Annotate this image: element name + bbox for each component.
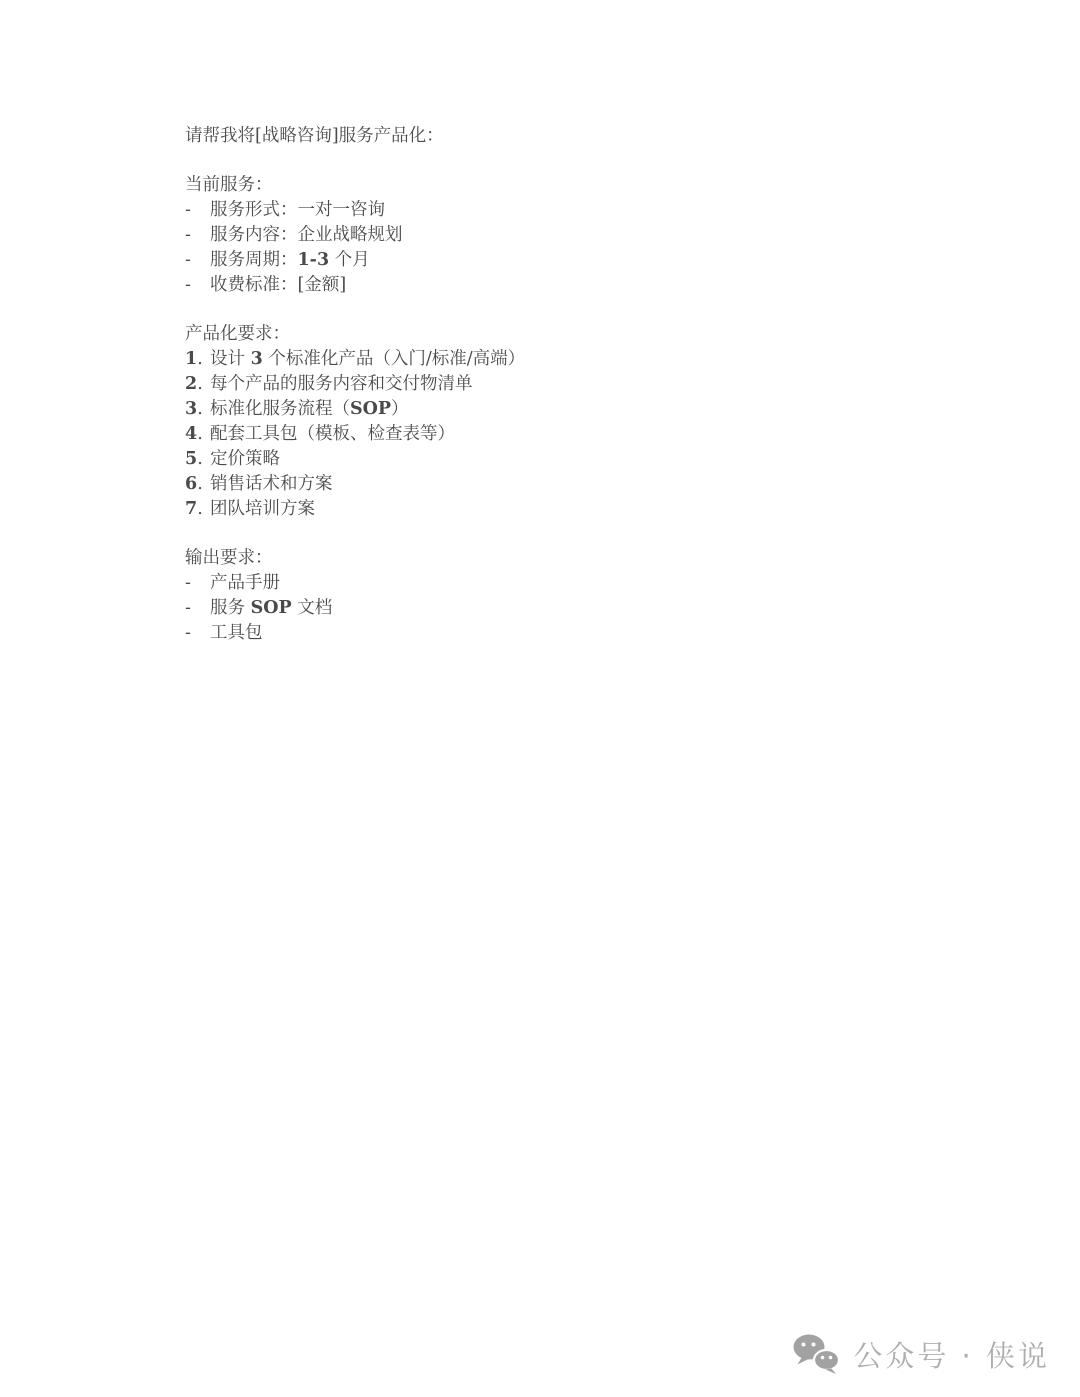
list-marker: 2. <box>185 372 210 397</box>
list-marker: 1. <box>185 347 210 372</box>
list-item: - 服务周期：1-3 个月 <box>185 248 785 273</box>
list-item-text: 服务内容：企业战略规划 <box>210 223 403 248</box>
list-item-text: 定价策略 <box>210 447 280 472</box>
list-item: - 收费标准：[金额] <box>185 273 785 298</box>
list-item-text: 工具包 <box>210 621 263 646</box>
list-marker: - <box>185 223 210 248</box>
section-heading: 产品化要求： <box>185 322 785 347</box>
list-marker: 5. <box>185 447 210 472</box>
list-item-text: 设计 3 个标准化产品（入门/标准/高端） <box>210 347 525 372</box>
list-marker: 7. <box>185 497 210 522</box>
list-marker: 3. <box>185 397 210 422</box>
list-marker: 4. <box>185 422 210 447</box>
section-output-requirements: 输出要求： - 产品手册 - 服务 SOP 文档 - 工具包 <box>185 546 785 646</box>
list-item-text: 服务周期：1-3 个月 <box>210 248 370 273</box>
list-item: 3. 标准化服务流程（SOP） <box>185 397 785 422</box>
list-item: - 工具包 <box>185 621 785 646</box>
list-marker: 6. <box>185 472 210 497</box>
list-marker: - <box>185 248 210 273</box>
intro-block: 请帮我将[战略咨询]服务产品化： <box>185 124 785 149</box>
list-item: - 产品手册 <box>185 571 785 596</box>
prompt-intro: 请帮我将[战略咨询]服务产品化： <box>185 124 785 149</box>
list-item: 4. 配套工具包（模板、检查表等） <box>185 422 785 447</box>
watermark: 公众号 · 侠说 <box>792 1333 1050 1375</box>
list-marker: - <box>185 273 210 298</box>
list-item-text: 团队培训方案 <box>210 497 315 522</box>
list-item: - 服务 SOP 文档 <box>185 596 785 621</box>
list-item: 2. 每个产品的服务内容和交付物清单 <box>185 372 785 397</box>
section-productization-requirements: 产品化要求： 1. 设计 3 个标准化产品（入门/标准/高端） 2. 每个产品的… <box>185 322 785 522</box>
watermark-text: 公众号 · 侠说 <box>853 1334 1050 1375</box>
list-item-text: 每个产品的服务内容和交付物清单 <box>210 372 473 397</box>
list-item-text: 配套工具包（模板、检查表等） <box>210 422 455 447</box>
document-page: 请帮我将[战略咨询]服务产品化： 当前服务： - 服务形式：一对一咨询 - 服务… <box>0 0 1080 1397</box>
list-marker: - <box>185 596 210 621</box>
section-current-service: 当前服务： - 服务形式：一对一咨询 - 服务内容：企业战略规划 - 服务周期：… <box>185 173 785 298</box>
list-item-text: 收费标准：[金额] <box>210 273 346 298</box>
list-item-text: 服务形式：一对一咨询 <box>210 198 385 223</box>
list-marker: - <box>185 198 210 223</box>
section-heading: 输出要求： <box>185 546 785 571</box>
list-item: - 服务内容：企业战略规划 <box>185 223 785 248</box>
list-item: 6. 销售话术和方案 <box>185 472 785 497</box>
list-item-text: 产品手册 <box>210 571 280 596</box>
list-marker: - <box>185 621 210 646</box>
list-item: 7. 团队培训方案 <box>185 497 785 522</box>
wechat-icon <box>792 1333 840 1375</box>
list-marker: - <box>185 571 210 596</box>
list-item: 5. 定价策略 <box>185 447 785 472</box>
section-heading: 当前服务： <box>185 173 785 198</box>
list-item-text: 标准化服务流程（SOP） <box>210 397 409 422</box>
prompt-text-block: 请帮我将[战略咨询]服务产品化： 当前服务： - 服务形式：一对一咨询 - 服务… <box>185 124 785 670</box>
list-item: - 服务形式：一对一咨询 <box>185 198 785 223</box>
list-item-text: 服务 SOP 文档 <box>210 596 332 621</box>
list-item: 1. 设计 3 个标准化产品（入门/标准/高端） <box>185 347 785 372</box>
list-item-text: 销售话术和方案 <box>210 472 333 497</box>
